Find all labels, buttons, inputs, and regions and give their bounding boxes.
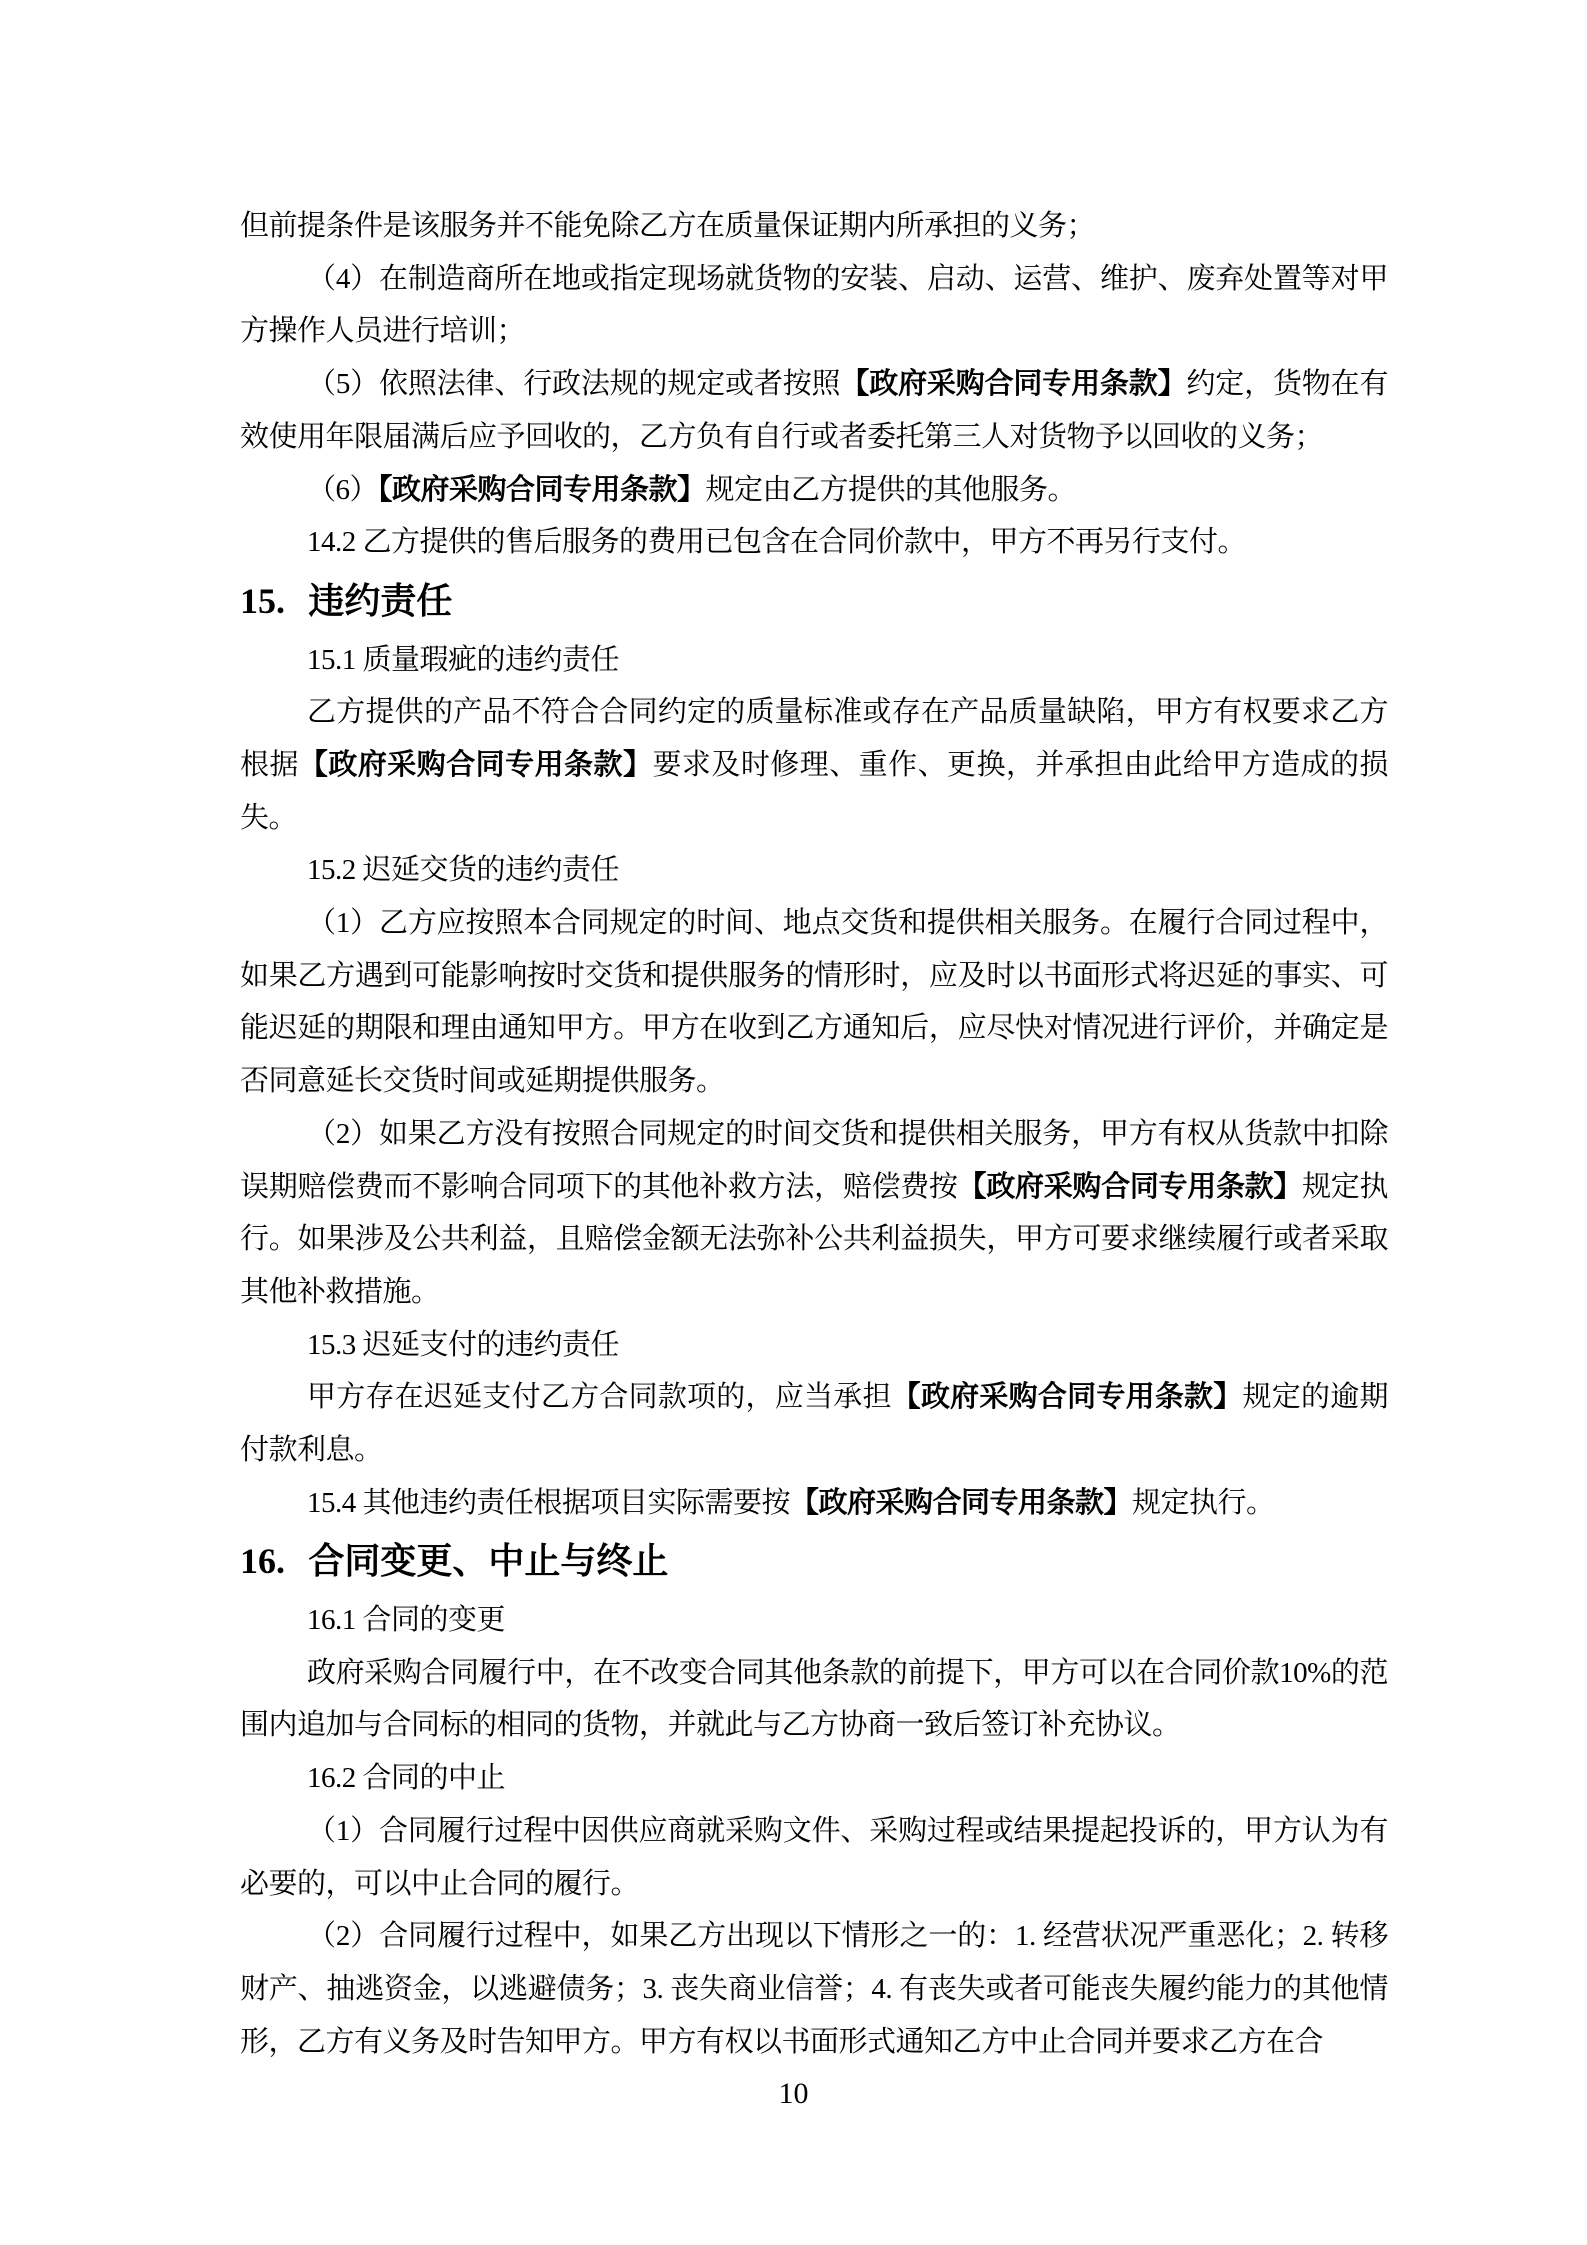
- text-run: 14.2 乙方提供的售后服务的费用已包含在合同价款中，甲方不再另行支付。: [307, 526, 1246, 558]
- paragraph: 乙方提供的产品不符合合同约定的质量标准或存在产品质量缺陷，甲方有权要求乙方根据【…: [240, 686, 1388, 844]
- text-run: （1）合同履行过程中因供应商就采购文件、采购过程或结果提起投诉的，甲方认为有必要…: [240, 1815, 1388, 1900]
- emphasized-clause-reference: 【政府采购合同专用条款】: [790, 1487, 1132, 1519]
- text-run: 15.1 质量瑕疵的违约责任: [307, 644, 619, 676]
- section-heading: 16.合同变更、中止与终止: [240, 1529, 1388, 1594]
- paragraph: 政府采购合同履行中，在不改变合同其他条款的前提下，甲方可以在合同价款10%的范围…: [240, 1647, 1388, 1752]
- emphasized-clause-reference: 【政府采购合同专用条款】: [840, 368, 1186, 400]
- paragraph: 15.3 迟延支付的违约责任: [240, 1319, 1388, 1372]
- paragraph: 15.2 迟延交货的违约责任: [240, 844, 1388, 897]
- text-run: 16.1 合同的变更: [307, 1604, 505, 1636]
- paragraph: 16.1 合同的变更: [240, 1594, 1388, 1647]
- paragraph: 甲方存在迟延支付乙方合同款项的，应当承担【政府采购合同专用条款】规定的逾期付款利…: [240, 1371, 1388, 1476]
- text-run: 但前提条件是该服务并不能免除乙方在质量保证期内所承担的义务；: [240, 210, 1095, 242]
- emphasized-clause-reference: 【政府采购合同专用条款】: [378, 474, 706, 506]
- text-run: （4）在制造商所在地或指定现场就货物的安装、启动、运营、维护、废弃处置等对甲方操…: [240, 263, 1388, 348]
- document-page: 但前提条件是该服务并不能免除乙方在质量保证期内所承担的义务；（4）在制造商所在地…: [0, 0, 1587, 2245]
- paragraph: 16.2 合同的中止: [240, 1752, 1388, 1805]
- text-run: （2）合同履行过程中，如果乙方出现以下情形之一的：1. 经营状况严重恶化；2. …: [240, 1920, 1388, 2057]
- emphasized-clause-reference: 【政府采购合同专用条款】: [958, 1171, 1302, 1203]
- text-run: 15.3 迟延支付的违约责任: [307, 1329, 619, 1361]
- paragraph: （1）乙方应按照本合同规定的时间、地点交货和提供相关服务。在履行合同过程中，如果…: [240, 897, 1388, 1108]
- paragraph: 但前提条件是该服务并不能免除乙方在质量保证期内所承担的义务；: [240, 200, 1388, 253]
- section-heading: 15.违约责任: [240, 569, 1388, 634]
- text-run: 16.2 合同的中止: [307, 1762, 505, 1794]
- text-run: （1）乙方应按照本合同规定的时间、地点交货和提供相关服务。在履行合同过程中，如果…: [240, 907, 1388, 1097]
- text-run: 规定执行。: [1132, 1487, 1275, 1519]
- text-run: 规定由乙方提供的其他服务。: [706, 474, 1077, 506]
- section-number: 15.: [240, 581, 285, 621]
- document-body: 但前提条件是该服务并不能免除乙方在质量保证期内所承担的义务；（4）在制造商所在地…: [240, 200, 1388, 2068]
- page-number: 10: [0, 2074, 1587, 2114]
- section-title: 合同变更、中止与终止: [308, 1541, 668, 1581]
- text-run: 甲方存在迟延支付乙方合同款项的，应当承担: [307, 1381, 892, 1413]
- text-run: 15.2 迟延交货的违约责任: [307, 854, 619, 886]
- paragraph: （4）在制造商所在地或指定现场就货物的安装、启动、运营、维护、废弃处置等对甲方操…: [240, 253, 1388, 358]
- paragraph: （6）【政府采购合同专用条款】规定由乙方提供的其他服务。: [240, 464, 1388, 517]
- text-run: （5）依照法律、行政法规的规定或者按照: [307, 368, 840, 400]
- section-title: 违约责任: [308, 581, 452, 621]
- paragraph: 14.2 乙方提供的售后服务的费用已包含在合同价款中，甲方不再另行支付。: [240, 516, 1388, 569]
- text-run: 15.4 其他违约责任根据项目实际需要按: [307, 1487, 790, 1519]
- paragraph: （2）如果乙方没有按照合同规定的时间交货和提供相关服务，甲方有权从货款中扣除误期…: [240, 1108, 1388, 1319]
- paragraph: 15.4 其他违约责任根据项目实际需要按【政府采购合同专用条款】规定执行。: [240, 1477, 1388, 1530]
- paragraph: （5）依照法律、行政法规的规定或者按照【政府采购合同专用条款】约定，货物在有效使…: [240, 358, 1388, 463]
- emphasized-clause-reference: 【政府采购合同专用条款】: [892, 1381, 1243, 1413]
- text-run: （6）: [307, 474, 378, 506]
- emphasized-clause-reference: 【政府采购合同专用条款】: [299, 749, 653, 781]
- section-number: 16.: [240, 1541, 285, 1581]
- paragraph: 15.1 质量瑕疵的违约责任: [240, 634, 1388, 687]
- paragraph: （2）合同履行过程中，如果乙方出现以下情形之一的：1. 经营状况严重恶化；2. …: [240, 1910, 1388, 2068]
- paragraph: （1）合同履行过程中因供应商就采购文件、采购过程或结果提起投诉的，甲方认为有必要…: [240, 1805, 1388, 1910]
- text-run: 政府采购合同履行中，在不改变合同其他条款的前提下，甲方可以在合同价款10%的范围…: [240, 1657, 1388, 1742]
